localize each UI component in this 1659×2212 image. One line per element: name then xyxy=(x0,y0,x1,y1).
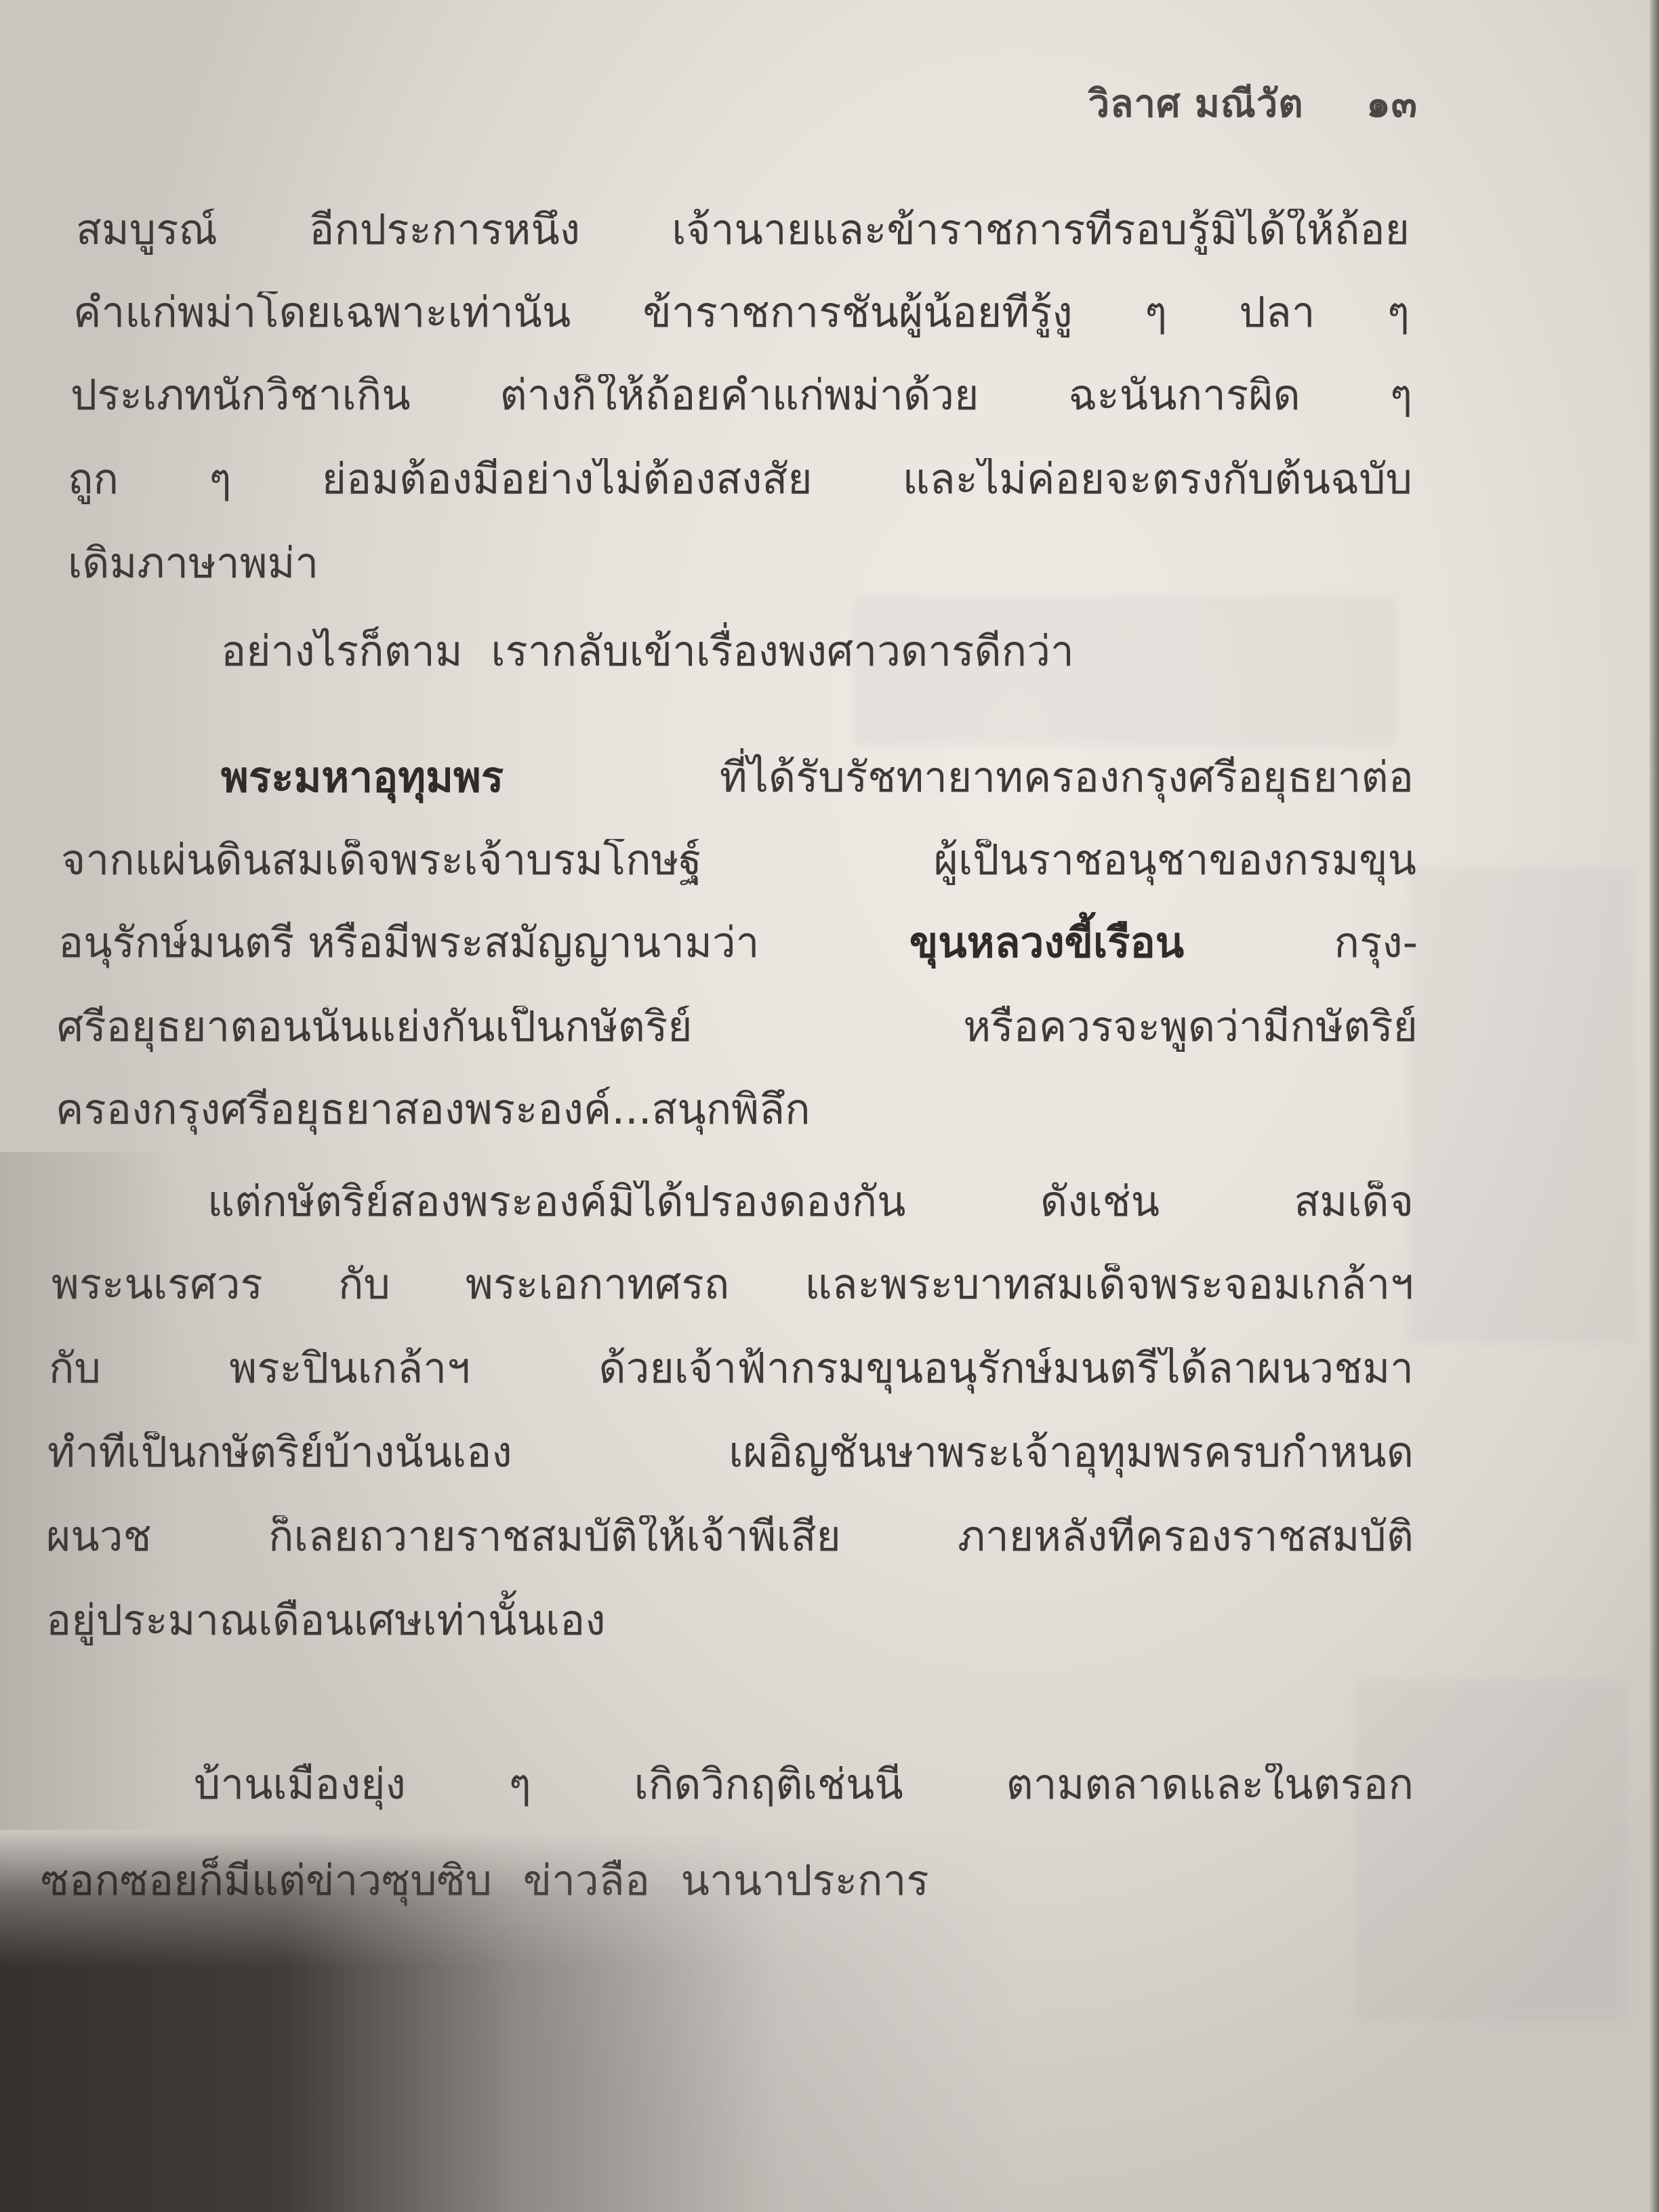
body-line: อนุรักษ์มนตรี หรือมีพระสมัญญานามว่า ขุนห… xyxy=(58,922,1418,964)
body-line: ประเภทนักวิชาเกิน ต่างก็ให้ถ้อยคำแก่พม่า… xyxy=(70,374,1412,428)
body-line: อยู่ประมาณเดือนเศษเท่านั้นเอง xyxy=(46,1599,606,1641)
bold-name: พระมหาอุทุมพร xyxy=(221,756,504,798)
running-head: วิลาศ มณีวัต ๑๓ xyxy=(1088,73,1418,134)
body-line: ถูก ๆ ย่อมต้องมีอย่างไม่ต้องสงสัย และไม่… xyxy=(68,458,1412,512)
body-line: กับ พระปิ่นเกล้าฯ ด้วยเจ้าฟ้ากรมขุนอนุรั… xyxy=(49,1347,1414,1401)
body-line: ทำทีเป็นกษัตริย์บ้างนั่นเอง เผอิญชันษาพร… xyxy=(47,1431,1414,1486)
body-line: แต่กษัตริย์สองพระองค์มิได้ปรองดองกัน ดัง… xyxy=(207,1181,1414,1235)
body-line: สมบูรณ์ อีกประการหนึ่ง เจ้านายและข้าราชก… xyxy=(76,209,1410,263)
running-head-author: วิลาศ มณีวัต xyxy=(1088,82,1304,126)
body-line: เดิมภาษาพม่า xyxy=(68,542,319,584)
body-line: บ้านเมืองยุ่ง ๆ เกิดวิกฤติเช่นนี้ ตามตลา… xyxy=(194,1763,1414,1818)
body-line: ศรีอยุธยาตอนนั้นแย่งกันเป็นกษัตริย์ หรือ… xyxy=(57,1006,1418,1060)
body-line: พระนเรศวร กับ พระเอกาทศรถ และพระบาทสมเด็… xyxy=(52,1263,1414,1317)
page-number: ๑๓ xyxy=(1366,82,1418,126)
body-line: ครองกรุงศรีอยุธยาสองพระองค์...สนุกพิลึก xyxy=(56,1088,811,1130)
body-line: คำแก่พม่าโดยเฉพาะเท่านั้น ข้าราชการชั้นผ… xyxy=(73,291,1410,346)
body-line: พระมหาอุทุมพร ที่ได้รับรัชทายาทครองกรุงศ… xyxy=(221,756,1414,798)
bleed-through-shadow xyxy=(1410,867,1633,1342)
body-line: จากแผ่นดินสมเด็จพระเจ้าบรมโกษฐ์ ผู้เป็นร… xyxy=(61,839,1416,893)
hand-shadow xyxy=(0,1832,1659,2212)
body-line: ผนวช ก็เลยถวายราชสมบัติให้เจ้าพี่เสีย ภา… xyxy=(46,1515,1414,1570)
bold-name: ขุนหลวงขี้เรือน xyxy=(909,922,1184,964)
body-line: อย่างไรก็ตาม เรากลับเข้าเรื่องพงศาวดารดี… xyxy=(221,630,1074,672)
page-shadow-left xyxy=(0,1152,176,1830)
book-page-photo: วิลาศ มณีวัต ๑๓ สมบูรณ์ อีกประการหนึ่ง เ… xyxy=(0,0,1659,2212)
